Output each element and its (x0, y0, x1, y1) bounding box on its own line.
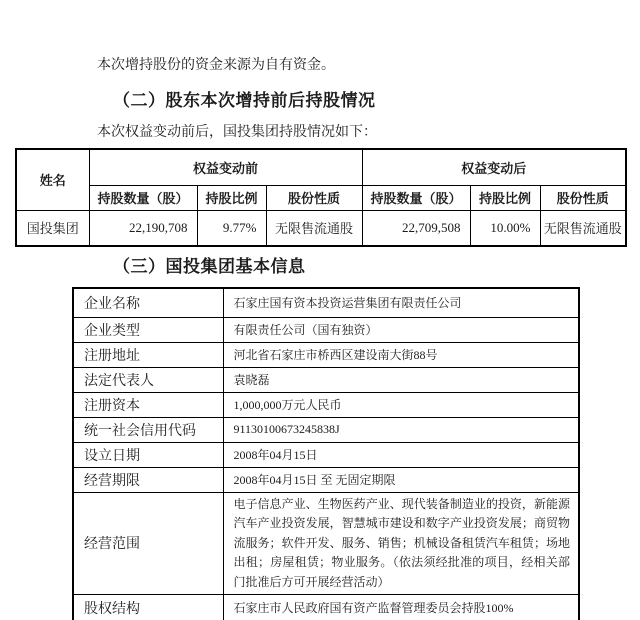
section-2-lead-text: 本次权益变动前后，国投集团持股情况如下： (97, 121, 377, 141)
table-row: 法定代表人 袁晓磊 (73, 367, 579, 392)
funding-source-text: 本次增持股份的资金来源为自有资金。 (97, 54, 335, 74)
header-ratio-before: 持股比例 (197, 185, 266, 210)
legal-representative-label: 法定代表人 (73, 367, 223, 392)
business-scope-value: 电子信息产业、生物医药产业、现代装备制造业的投资，新能源汽车产业投资发展，智慧城… (223, 492, 579, 595)
equity-structure-value: 石家庄市人民政府国有资产监督管理委员会持股100% (223, 595, 579, 620)
header-nature-after: 股份性质 (540, 185, 626, 210)
business-scope-label: 经营范围 (73, 492, 223, 595)
equity-structure-label: 股权结构 (73, 595, 223, 620)
shares-after: 22,709,508 (362, 210, 470, 246)
holding-table-group-header-row: 姓名 权益变动前 权益变动后 (16, 149, 626, 185)
holding-change-table: 姓名 权益变动前 权益变动后 持股数量（股） 持股比例 股份性质 持股数量（股）… (15, 148, 627, 247)
credit-code-label: 统一社会信用代码 (73, 417, 223, 442)
shares-before: 22,190,708 (89, 210, 197, 246)
table-row: 设立日期 2008年04月15日 (73, 442, 579, 467)
credit-code-value: 91130100673245838J (223, 417, 579, 442)
header-before-change: 权益变动前 (89, 149, 362, 185)
company-name-label: 企业名称 (73, 288, 223, 317)
header-name: 姓名 (16, 149, 89, 210)
header-after-change: 权益变动后 (362, 149, 626, 185)
registered-capital-label: 注册资本 (73, 392, 223, 417)
table-row: 注册资本 1,000,000万元人民币 (73, 392, 579, 417)
nature-after: 无限售流通股 (540, 210, 626, 246)
section-3-heading: （三）国投集团基本信息 (113, 252, 306, 277)
header-nature-before: 股份性质 (266, 185, 362, 210)
nature-before: 无限售流通股 (266, 210, 362, 246)
header-shares-after: 持股数量（股） (362, 185, 470, 210)
establishment-date-value: 2008年04月15日 (223, 442, 579, 467)
section-2-heading: （二）股东本次增持前后持股情况 (113, 86, 376, 111)
table-row: 经营范围 电子信息产业、生物医药产业、现代装备制造业的投资，新能源汽车产业投资发… (73, 492, 579, 595)
header-ratio-after: 持股比例 (470, 185, 540, 210)
registered-address-value: 河北省石家庄市桥西区建设南大街88号 (223, 342, 579, 367)
company-name-value: 石家庄国有资本投资运营集团有限责任公司 (223, 288, 579, 317)
table-row: 经营期限 2008年04月15日 至 无固定期限 (73, 467, 579, 492)
table-row: 统一社会信用代码 91130100673245838J (73, 417, 579, 442)
business-term-label: 经营期限 (73, 467, 223, 492)
holder-name: 国投集团 (16, 210, 89, 246)
header-shares-before: 持股数量（股） (89, 185, 197, 210)
table-row: 股权结构 石家庄市人民政府国有资产监督管理委员会持股100% (73, 595, 579, 620)
ratio-before: 9.77% (197, 210, 266, 246)
legal-representative-value: 袁晓磊 (223, 367, 579, 392)
registered-capital-value: 1,000,000万元人民币 (223, 392, 579, 417)
table-row: 注册地址 河北省石家庄市桥西区建设南大街88号 (73, 342, 579, 367)
company-type-label: 企业类型 (73, 317, 223, 342)
holding-table-sub-header-row: 持股数量（股） 持股比例 股份性质 持股数量（股） 持股比例 股份性质 (16, 185, 626, 210)
company-type-value: 有限责任公司（国有独资） (223, 317, 579, 342)
table-row: 国投集团 22,190,708 9.77% 无限售流通股 22,709,508 … (16, 210, 626, 246)
establishment-date-label: 设立日期 (73, 442, 223, 467)
company-info-table: 企业名称 石家庄国有资本投资运营集团有限责任公司 企业类型 有限责任公司（国有独… (72, 287, 580, 620)
business-term-value: 2008年04月15日 至 无固定期限 (223, 467, 579, 492)
registered-address-label: 注册地址 (73, 342, 223, 367)
table-row: 企业名称 石家庄国有资本投资运营集团有限责任公司 (73, 288, 579, 317)
table-row: 企业类型 有限责任公司（国有独资） (73, 317, 579, 342)
ratio-after: 10.00% (470, 210, 540, 246)
